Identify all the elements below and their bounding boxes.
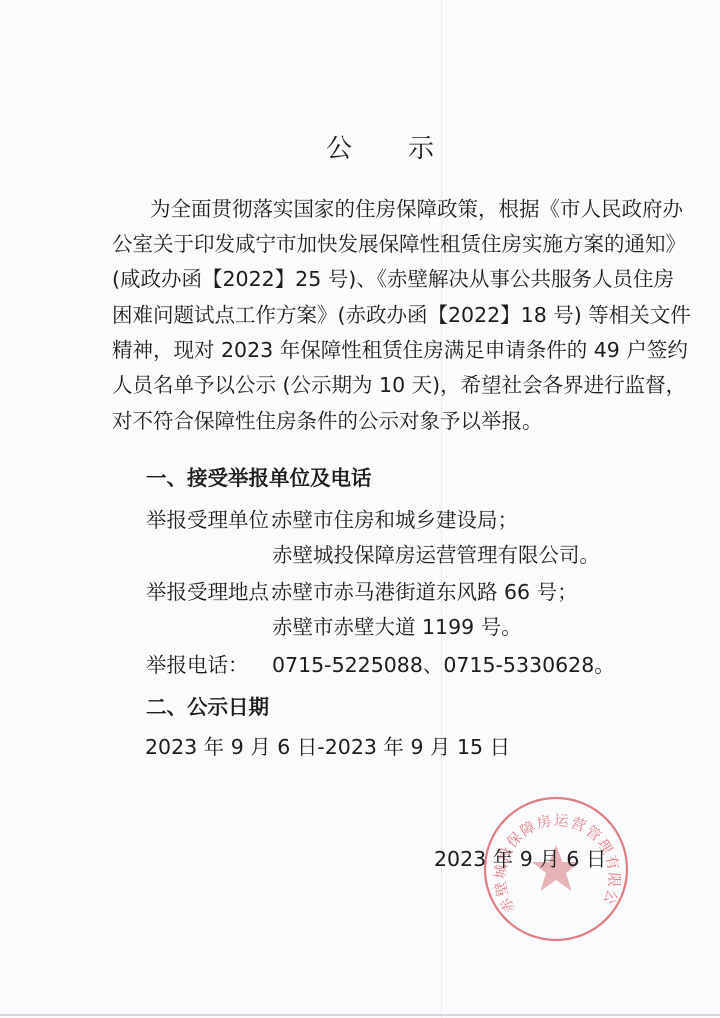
unit-label: 举报受理单位： (146, 507, 290, 533)
title-char-2: 示 (408, 134, 434, 164)
section-heading: 二、公示日期 (146, 694, 269, 720)
signature-date: 2023 年 9 月 6 日 (434, 846, 606, 872)
intro-line: 对不符合保障性住房条件的公示对象予以举报。 (112, 408, 543, 434)
intro-line: 困难问题试点工作方案》(赤政办函【2022】18 号) 等相关文件 (112, 302, 691, 328)
address-value: 赤壁市赤马港街道东风路 66 号； (272, 579, 578, 605)
address-value: 赤壁市赤壁大道 1199 号。 (272, 614, 522, 640)
unit-value: 赤壁城投保障房运营管理有限公司。 (272, 542, 600, 568)
unit-value: 赤壁市住房和城乡建设局； (272, 507, 518, 533)
phone-label: 举报电话： (146, 652, 249, 678)
page-bottom-edge (0, 1014, 720, 1016)
intro-line: 为全面贯彻落实国家的住房保障政策，根据《市人民政府办 (150, 196, 683, 222)
title-char-1: 公 (326, 134, 352, 164)
intro-line: (咸政办函【2022】25 号)、《赤壁解决从事公共服务人员住房 (112, 266, 674, 292)
page-title: 公示 (326, 128, 434, 165)
intro-line: 人员名单予以公示 (公示期为 10 天)，希望社会各界进行监督， (112, 372, 686, 398)
section-heading: 一、接受举报单位及电话 (146, 465, 372, 491)
intro-line: 精神，现对 2023 年保障性租赁住房满足申请条件的 49 户签约 (112, 337, 688, 363)
intro-line: 公室关于印发咸宁市加快发展保障性租赁住房实施方案的通知》 (112, 231, 686, 257)
address-label: 举报受理地点： (146, 579, 290, 605)
notice-date-range: 2023 年 9 月 6 日-2023 年 9 月 15 日 (145, 734, 510, 760)
phone-value: 0715-5225088、0715-5330628。 (272, 652, 615, 678)
